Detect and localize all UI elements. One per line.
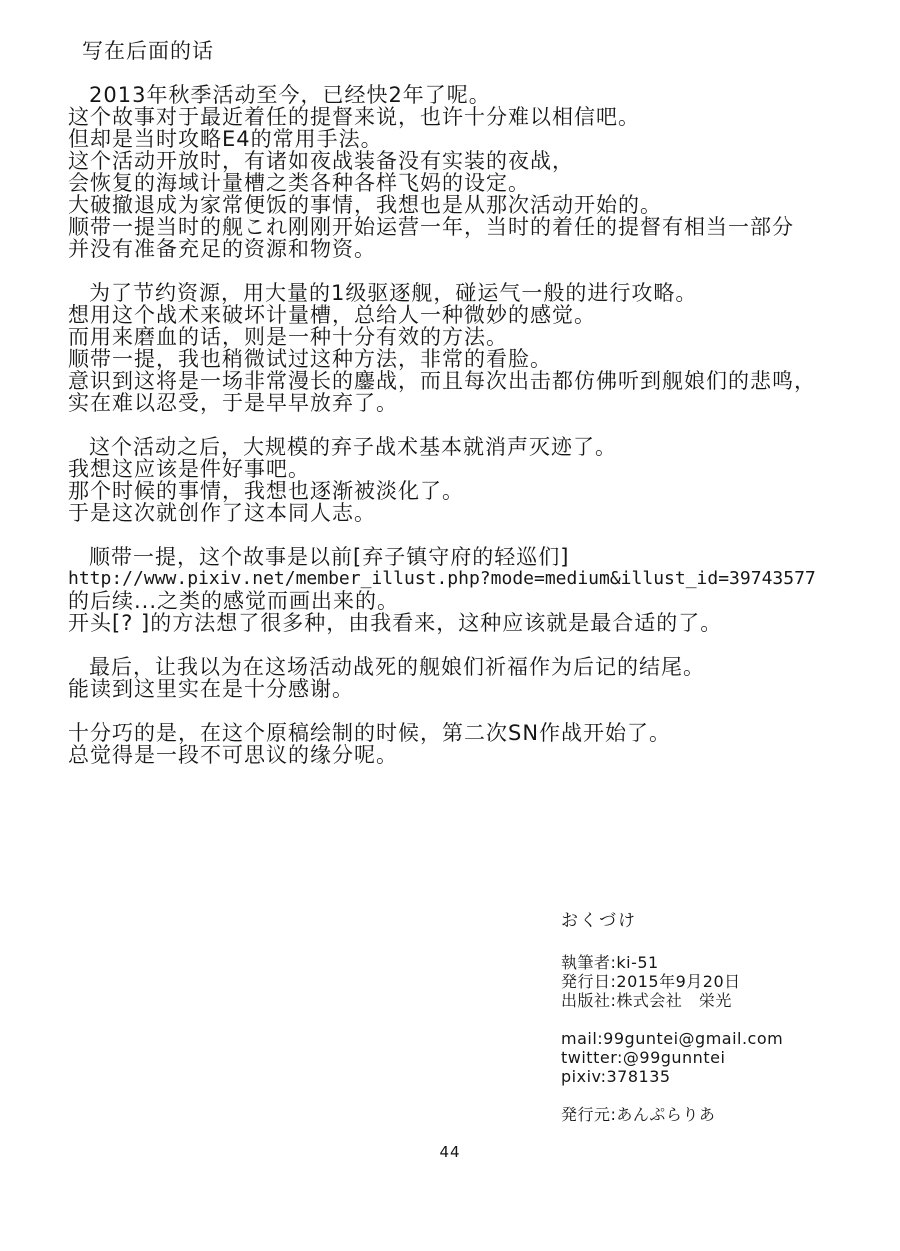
colophon-group: mail:99guntei@gmail.comtwitter:@99gunnte…	[561, 1029, 861, 1086]
afterword-body: 写在后面的话 2013年秋季活动至今，已经快2年了呢。这个故事对于最近着任的提督…	[68, 40, 858, 766]
text-line: 大破撤退成为家常便饭的事情，我想也是从那次活动开始的。	[68, 194, 858, 216]
text-line: 的后续...之类的感觉而画出来的。	[68, 590, 858, 612]
text-line: 但却是当时攻略E4的常用手法。	[68, 128, 858, 150]
paragraph: 十分巧的是，在这个原稿绘制的时候，第二次SN作战开始了。总觉得是一段不可思议的缘…	[68, 722, 858, 766]
paragraph: 为了节约资源，用大量的1级驱逐舰，碰运气一般的进行攻略。想用这个战术来破坏计量槽…	[68, 282, 858, 414]
afterword-title: 写在后面的话	[82, 40, 858, 62]
colophon-line: mail:99guntei@gmail.com	[561, 1029, 861, 1048]
text-line: 想用这个战术来破坏计量槽，总给人一种微妙的感觉。	[68, 304, 858, 326]
text-line: 这个活动开放时，有诸如夜战装备没有实装的夜战，	[68, 150, 858, 172]
text-line: 我想这应该是件好事吧。	[68, 458, 858, 480]
paragraph: 这个活动之后，大规模的弃子战术基本就消声灭迹了。我想这应该是件好事吧。那个时候的…	[68, 436, 858, 524]
colophon-groups: 執筆者:ki-51発行日:2015年9月20日出版社:株式会社 栄光mail:9…	[561, 953, 861, 1124]
text-line: 那个时候的事情，我想也逐渐被淡化了。	[68, 480, 858, 502]
text-line: 2013年秋季活动至今，已经快2年了呢。	[68, 84, 858, 106]
text-line: 会恢复的海域计量槽之类各种各样飞妈的设定。	[68, 172, 858, 194]
text-line: 意识到这将是一场非常漫长的鏖战，而且每次出击都仿佛听到舰娘们的悲鸣，	[68, 370, 858, 392]
paragraph: 顺带一提，这个故事是以前[弃子镇守府的轻巡们]http://www.pixiv.…	[68, 546, 858, 634]
text-line: 并没有准备充足的资源和物资。	[68, 238, 858, 260]
text-line: 顺带一提，我也稍微试过这种方法，非常的看脸。	[68, 348, 858, 370]
paragraph: 最后，让我以为在这场活动战死的舰娘们祈福作为后记的结尾。能读到这里实在是十分感谢…	[68, 656, 858, 700]
text-line: 这个故事对于最近着任的提督来说，也许十分难以相信吧。	[68, 106, 858, 128]
text-line: 开头[? ]的方法想了很多种，由我看来，这种应该就是最合适的了。	[68, 612, 858, 634]
colophon-group: 執筆者:ki-51発行日:2015年9月20日出版社:株式会社 栄光	[561, 953, 861, 1010]
text-line: 这个活动之后，大规模的弃子战术基本就消声灭迹了。	[68, 436, 858, 458]
text-line: 十分巧的是，在这个原稿绘制的时候，第二次SN作战开始了。	[68, 722, 858, 744]
url-text-line: http://www.pixiv.net/member_illust.php?m…	[68, 568, 858, 590]
text-line: 为了节约资源，用大量的1级驱逐舰，碰运气一般的进行攻略。	[68, 282, 858, 304]
text-line: 顺带一提当时的舰これ刚刚开始运营一年，当时的着任的提督有相当一部分	[68, 216, 858, 238]
colophon-line: 出版社:株式会社 栄光	[561, 991, 861, 1010]
colophon-line: 発行元:あんぷらりあ	[561, 1105, 861, 1124]
scanned-afterword-page: 写在后面的话 2013年秋季活动至今，已经快2年了呢。这个故事对于最近着任的提督…	[0, 0, 900, 1251]
colophon-line: twitter:@99gunntei	[561, 1048, 861, 1067]
page-number: 44	[0, 1143, 900, 1161]
text-line: 而用来磨血的话，则是一种十分有效的方法。	[68, 326, 858, 348]
colophon-block: おくづけ 執筆者:ki-51発行日:2015年9月20日出版社:株式会社 栄光m…	[561, 912, 861, 1143]
text-line: 顺带一提，这个故事是以前[弃子镇守府的轻巡们]	[68, 546, 858, 568]
colophon-line: 発行日:2015年9月20日	[561, 972, 861, 991]
colophon-line: pixiv:378135	[561, 1067, 861, 1086]
text-line: 最后，让我以为在这场活动战死的舰娘们祈福作为后记的结尾。	[68, 656, 858, 678]
text-line: 实在难以忍受，于是早早放弃了。	[68, 392, 858, 414]
text-line: 总觉得是一段不可思议的缘分呢。	[68, 744, 858, 766]
colophon-group: 発行元:あんぷらりあ	[561, 1105, 861, 1124]
afterword-paragraphs: 2013年秋季活动至今，已经快2年了呢。这个故事对于最近着任的提督来说，也许十分…	[68, 84, 858, 766]
colophon-line: 執筆者:ki-51	[561, 953, 861, 972]
text-line: 于是这次就创作了这本同人志。	[68, 502, 858, 524]
paragraph: 2013年秋季活动至今，已经快2年了呢。这个故事对于最近着任的提督来说，也许十分…	[68, 84, 858, 260]
colophon-heading: おくづけ	[561, 912, 861, 931]
text-line: 能读到这里实在是十分感谢。	[68, 678, 858, 700]
